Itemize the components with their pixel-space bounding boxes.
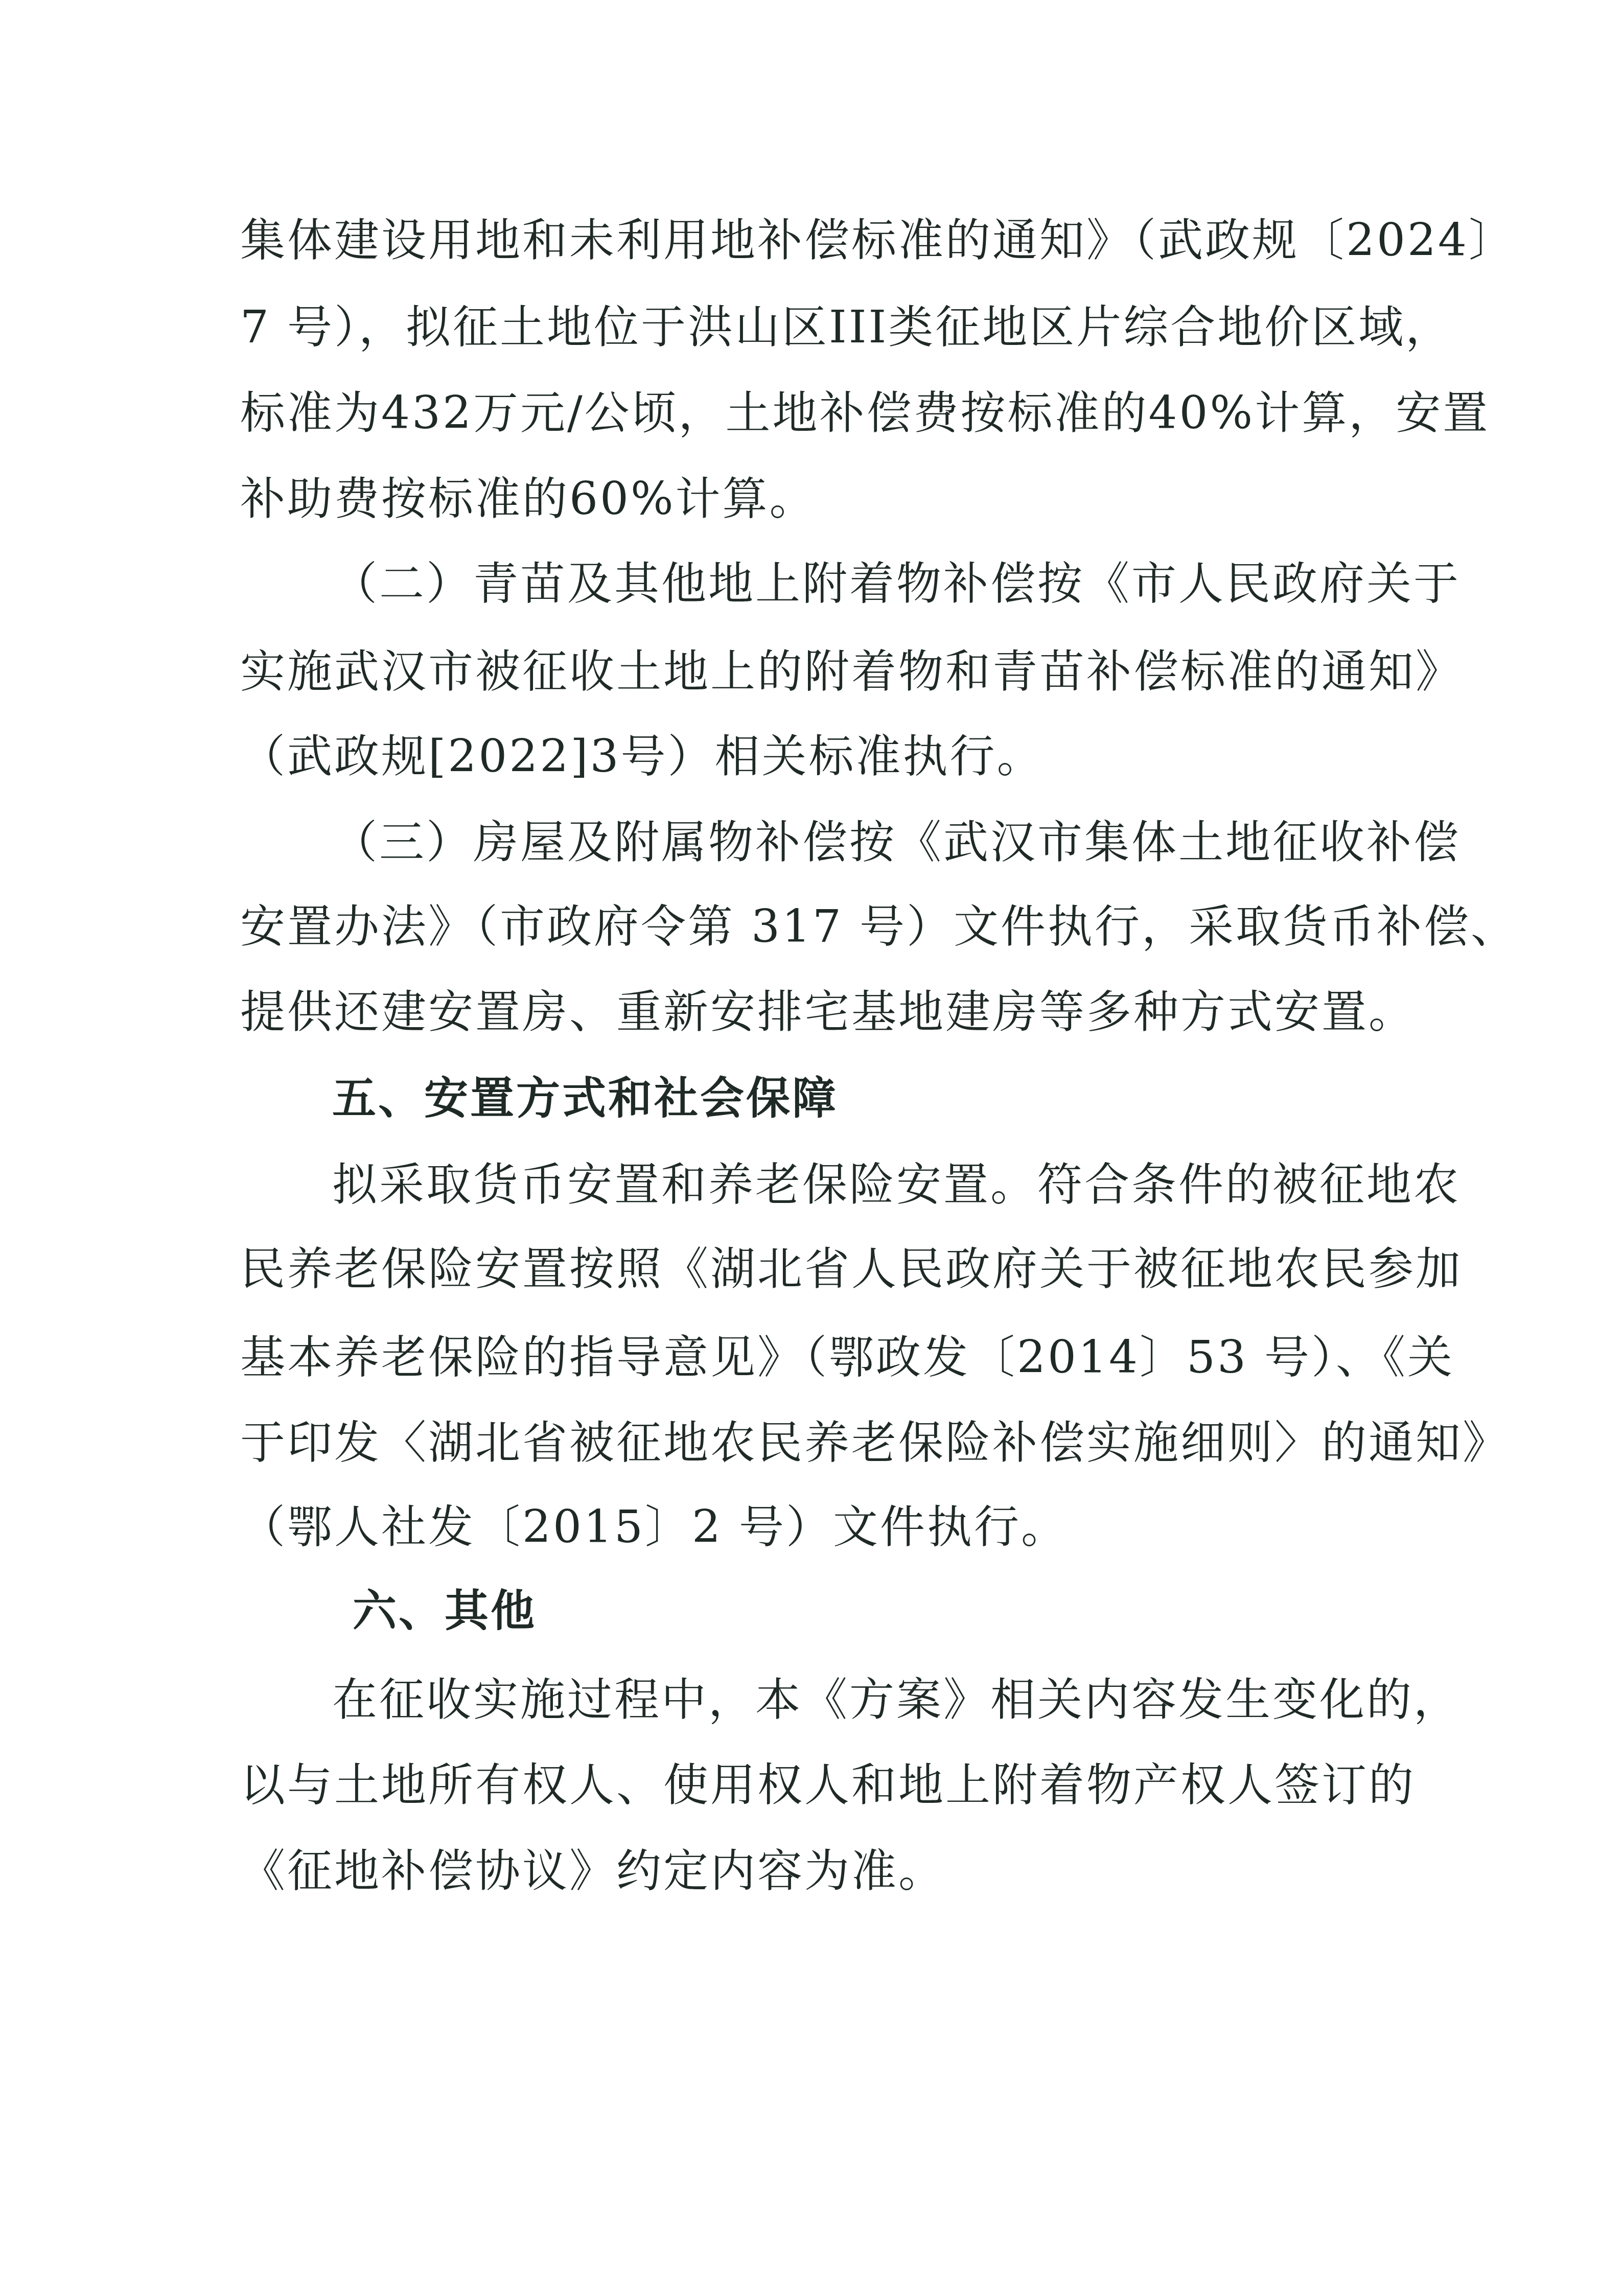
paragraph-line: 于印发〈湖北省被征地农民养老保险补偿实施细则〉的通知》 bbox=[240, 1412, 1385, 1473]
paragraph-line: 安置办法》（市政府令第 317 号）文件执行，采取货币补偿、 bbox=[240, 896, 1385, 957]
paragraph-line: 补助费按标准的60%计算。 bbox=[240, 468, 1385, 529]
paragraph-line: （鄂人社发〔2015〕2 号）文件执行。 bbox=[240, 1496, 1385, 1558]
paragraph-line: 7 号），拟征土地位于洪山区III类征地区片综合地价区域， bbox=[240, 296, 1385, 358]
paragraph-line: （三）房屋及附属物补偿按《武汉市集体土地征收补偿 bbox=[332, 811, 1385, 873]
paragraph-line: （二）青苗及其他地上附着物补偿按《市人民政府关于 bbox=[332, 553, 1385, 614]
paragraph-line: 《征地补偿协议》约定内容为准。 bbox=[240, 1840, 1385, 1901]
section-heading-6: 六、其他 bbox=[353, 1581, 1497, 1642]
paragraph-line: 实施武汉市被征收土地上的附着物和青苗补偿标准的通知》 bbox=[240, 641, 1385, 702]
section-heading-5: 五、安置方式和社会保障 bbox=[332, 1068, 1477, 1129]
paragraph-line: 基本养老保险的指导意见》（鄂政发〔2014〕53 号）、《关 bbox=[240, 1327, 1385, 1388]
paragraph-line: 拟采取货币安置和养老保险安置。符合条件的被征地农 bbox=[332, 1154, 1385, 1215]
paragraph-line: 民养老保险安置按照《湖北省人民政府关于被征地农民参加 bbox=[240, 1238, 1385, 1300]
paragraph-line: （武政规[2022]3号）相关标准执行。 bbox=[240, 726, 1385, 787]
paragraph-line: 在征收实施过程中，本《方案》相关内容发生变化的， bbox=[332, 1669, 1385, 1730]
document-page: 集体建设用地和未利用地补偿标准的通知》（武政规〔2024〕 7 号），拟征土地位… bbox=[0, 0, 1623, 2296]
paragraph-line: 以与土地所有权人、使用权人和地上附着物产权人签订的 bbox=[240, 1754, 1385, 1816]
paragraph-line: 标准为432万元/公顷，土地补偿费按标准的40%计算，安置 bbox=[240, 382, 1385, 444]
paragraph-line: 提供还建安置房、重新安排宅基地建房等多种方式安置。 bbox=[240, 981, 1385, 1042]
paragraph-line: 集体建设用地和未利用地补偿标准的通知》（武政规〔2024〕 bbox=[240, 210, 1385, 271]
